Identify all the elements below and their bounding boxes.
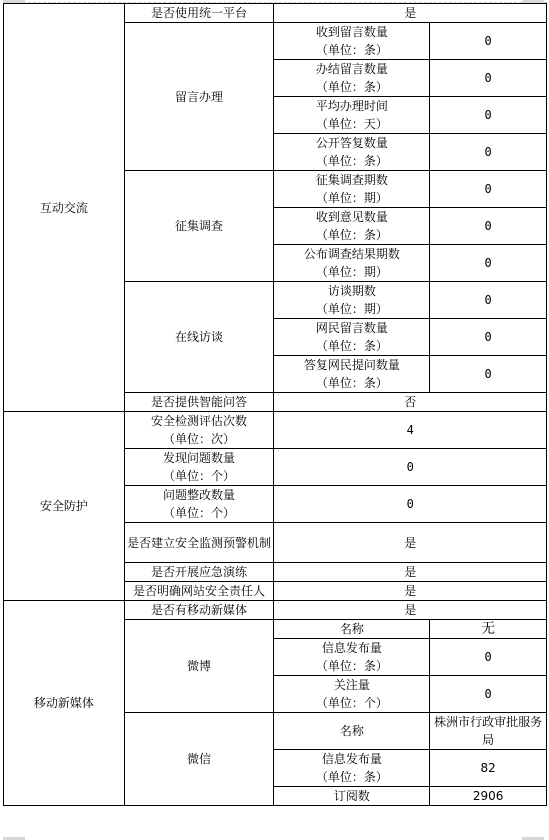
row-value: 是 xyxy=(274,601,547,620)
table-row: 安全防护 安全检测评估次数（单位：次） 4 xyxy=(4,412,547,449)
item-value: 是 xyxy=(274,582,547,601)
item-label: 网民留言数量（单位：条） xyxy=(274,319,430,356)
item-value: 无 xyxy=(430,620,547,639)
subcategory-survey: 征集调查 xyxy=(124,171,274,282)
item-value: 0 xyxy=(430,356,547,393)
row-label: 是否提供智能问答 xyxy=(124,393,274,412)
item-value: 0 xyxy=(430,23,547,60)
category-security: 安全防护 xyxy=(4,412,125,601)
row-value: 是 xyxy=(274,4,547,23)
subcategory-weibo: 微博 xyxy=(124,620,274,713)
item-label: 收到留言数量（单位：条） xyxy=(274,23,430,60)
item-label: 信息发布量（单位：条） xyxy=(274,750,430,787)
item-value: 是 xyxy=(274,563,547,582)
item-label: 关注量（单位：个） xyxy=(274,676,430,713)
row-value: 否 xyxy=(274,393,547,412)
item-value: 0 xyxy=(430,171,547,208)
item-value: 0 xyxy=(274,486,547,523)
item-value: 株洲市行政审批服务局 xyxy=(430,713,547,750)
item-value: 82 xyxy=(430,750,547,787)
item-label: 信息发布量（单位：条） xyxy=(274,639,430,676)
item-label: 是否建立安全监测预警机制 xyxy=(124,523,274,563)
item-label: 名称 xyxy=(274,713,430,750)
category-new-media: 移动新媒体 xyxy=(4,601,125,806)
item-value: 0 xyxy=(430,319,547,356)
subcategory-message-handling: 留言办理 xyxy=(124,23,274,171)
item-label: 收到意见数量（单位：条） xyxy=(274,208,430,245)
item-value: 0 xyxy=(430,282,547,319)
item-value: 2906 xyxy=(430,787,547,806)
item-value: 0 xyxy=(430,60,547,97)
item-label: 订阅数 xyxy=(274,787,430,806)
row-label: 是否使用统一平台 xyxy=(124,4,274,23)
item-label: 名称 xyxy=(274,620,430,639)
item-value: 0 xyxy=(430,134,547,171)
item-value: 0 xyxy=(430,208,547,245)
item-value: 0 xyxy=(430,97,547,134)
item-value: 4 xyxy=(274,412,547,449)
item-label: 发现问题数量（单位：个） xyxy=(124,449,274,486)
item-label: 是否开展应急演练 xyxy=(124,563,274,582)
item-label: 办结留言数量（单位：条） xyxy=(274,60,430,97)
item-label: 公开答复数量（单位：条） xyxy=(274,134,430,171)
category-interaction: 互动交流 xyxy=(4,4,125,412)
item-label: 访谈期数（单位：期） xyxy=(274,282,430,319)
item-label: 安全检测评估次数（单位：次） xyxy=(124,412,274,449)
table-row: 移动新媒体 是否有移动新媒体 是 xyxy=(4,601,547,620)
website-report-table: 互动交流 是否使用统一平台 是 留言办理 收到留言数量（单位：条） 0 办结留言… xyxy=(3,3,547,806)
row-label: 是否有移动新媒体 xyxy=(124,601,274,620)
item-value: 0 xyxy=(430,639,547,676)
item-value: 是 xyxy=(274,523,547,563)
item-label: 平均办理时间（单位：天） xyxy=(274,97,430,134)
item-value: 0 xyxy=(430,245,547,282)
item-value: 0 xyxy=(430,676,547,713)
item-label: 答复网民提问数量（单位：条） xyxy=(274,356,430,393)
item-label: 是否明确网站安全责任人 xyxy=(124,582,274,601)
item-label: 问题整改数量（单位：个） xyxy=(124,486,274,523)
item-value: 0 xyxy=(274,449,547,486)
subcategory-online-interview: 在线访谈 xyxy=(124,282,274,393)
item-label: 征集调查期数（单位：期） xyxy=(274,171,430,208)
table-row: 互动交流 是否使用统一平台 是 xyxy=(4,4,547,23)
item-label: 公布调查结果期数（单位：期） xyxy=(274,245,430,282)
subcategory-wechat: 微信 xyxy=(124,713,274,806)
